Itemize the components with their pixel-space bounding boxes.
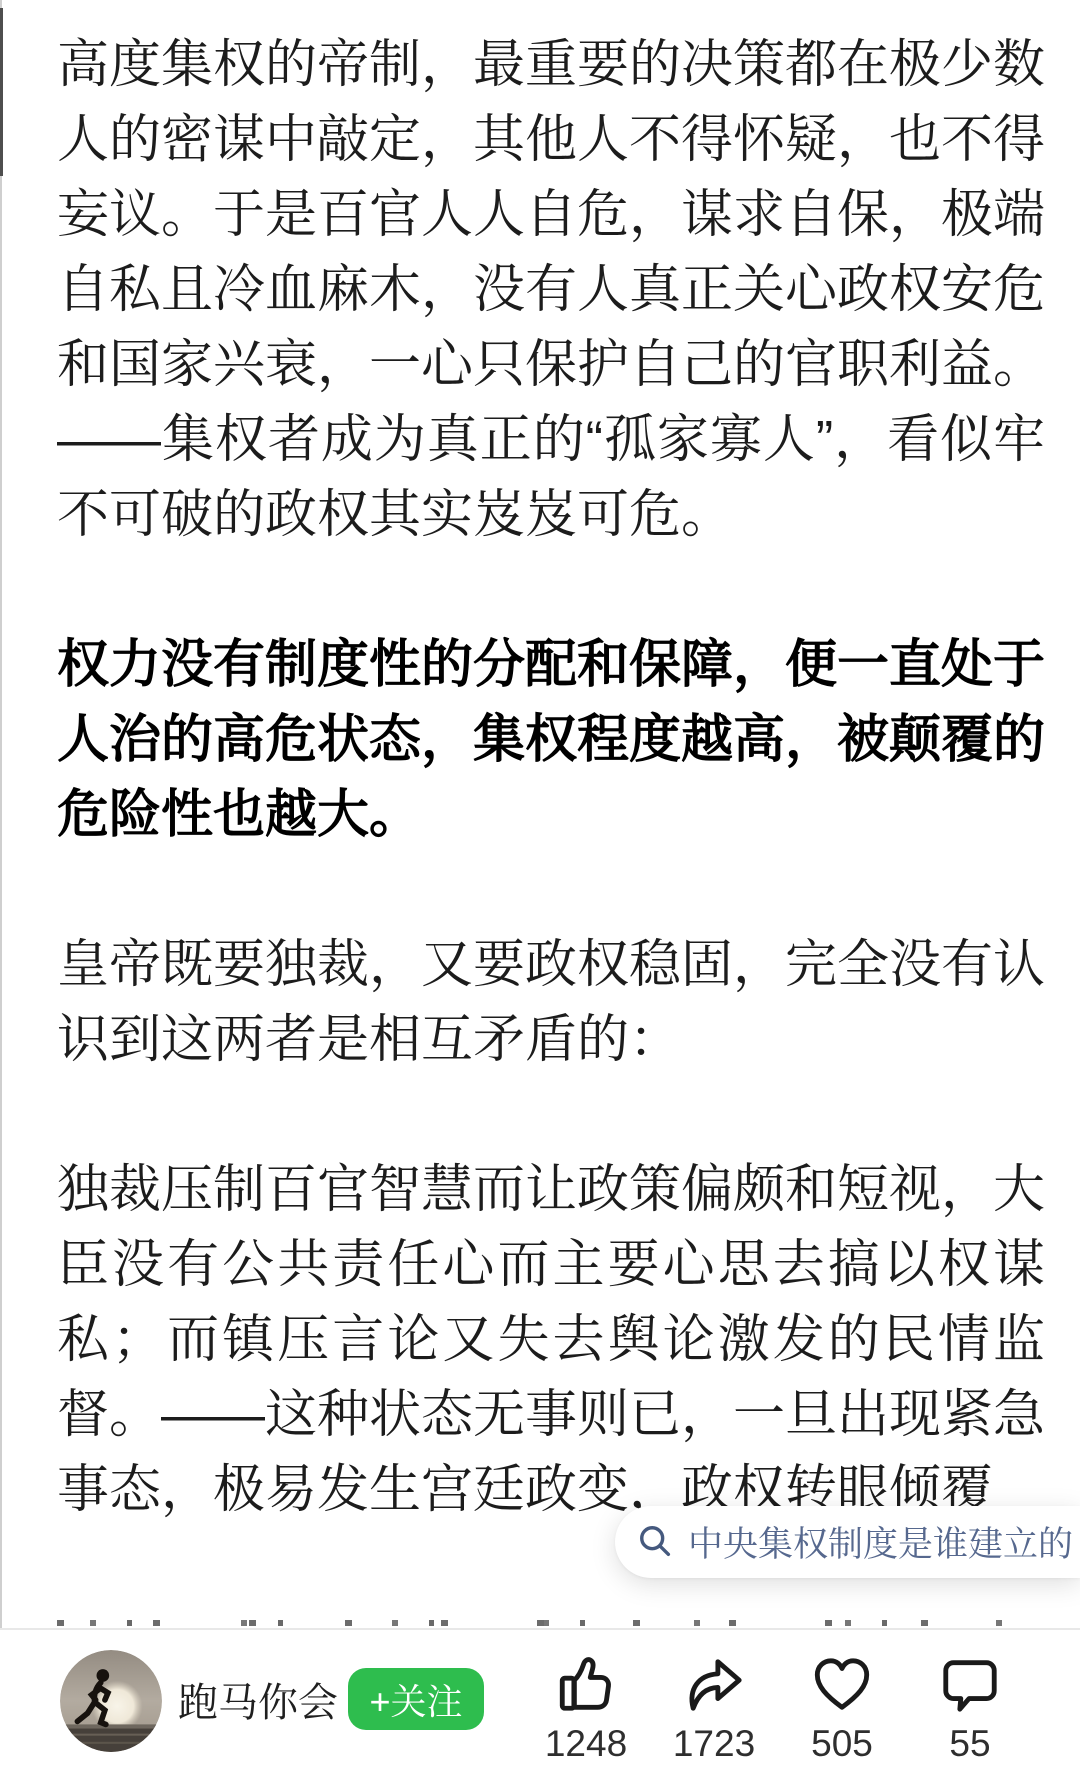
truncated-next-line xyxy=(57,1620,1009,1626)
runner-photo xyxy=(60,1650,162,1752)
share-arrow-icon xyxy=(683,1654,745,1716)
paragraph-2-bold: 权力没有制度性的分配和保障，便一直处于人治的高危状态，集权程度越高，被颠覆的危险… xyxy=(57,628,1045,853)
paragraph-4: 独裁压制百官智慧而让政策偏颇和短视，大臣没有公共责任心而主要心思去搞以权谋私；而… xyxy=(57,1153,1045,1528)
follow-button[interactable]: +关注 xyxy=(348,1668,484,1730)
comment-bubble-icon xyxy=(939,1654,1001,1716)
search-icon xyxy=(637,1523,675,1561)
screen-edge-line xyxy=(0,0,2,1628)
action-bar: 1248 1723 505 55 xyxy=(536,1654,1020,1765)
article-body: 高度集权的帝制，最重要的决策都在极少数人的密谋中敲定，其他人不得怀疑，也不得妄议… xyxy=(0,0,1080,1628)
favorite-count: 505 xyxy=(811,1723,873,1765)
share-count: 1723 xyxy=(673,1723,755,1765)
thumbs-up-icon xyxy=(555,1654,617,1716)
comment-button[interactable]: 55 xyxy=(920,1654,1020,1765)
heart-icon xyxy=(811,1654,873,1716)
bottom-bar: 跑马你会 +关注 1248 1723 505 xyxy=(0,1628,1080,1768)
like-count: 1248 xyxy=(545,1723,627,1765)
favorite-button[interactable]: 505 xyxy=(792,1654,892,1765)
comment-count: 55 xyxy=(949,1723,990,1765)
search-suggestion-text: 中央集权制度是谁建立的 xyxy=(688,1517,1073,1567)
paragraph-1: 高度集权的帝制，最重要的决策都在极少数人的密谋中敲定，其他人不得怀疑，也不得妄议… xyxy=(57,28,1045,553)
share-button[interactable]: 1723 xyxy=(664,1654,764,1765)
search-suggestion-pill[interactable]: 中央集权制度是谁建立的 xyxy=(615,1506,1080,1578)
screen-edge-line-dark xyxy=(0,8,3,176)
paragraph-3: 皇帝既要独裁，又要政权稳固，完全没有认识到这两者是相互矛盾的： xyxy=(57,928,1045,1078)
username[interactable]: 跑马你会 xyxy=(178,1671,338,1728)
post-detail-screen: 高度集权的帝制，最重要的决策都在极少数人的密谋中敲定，其他人不得怀疑，也不得妄议… xyxy=(0,0,1080,1768)
avatar[interactable] xyxy=(60,1650,162,1752)
like-button[interactable]: 1248 xyxy=(536,1654,636,1765)
